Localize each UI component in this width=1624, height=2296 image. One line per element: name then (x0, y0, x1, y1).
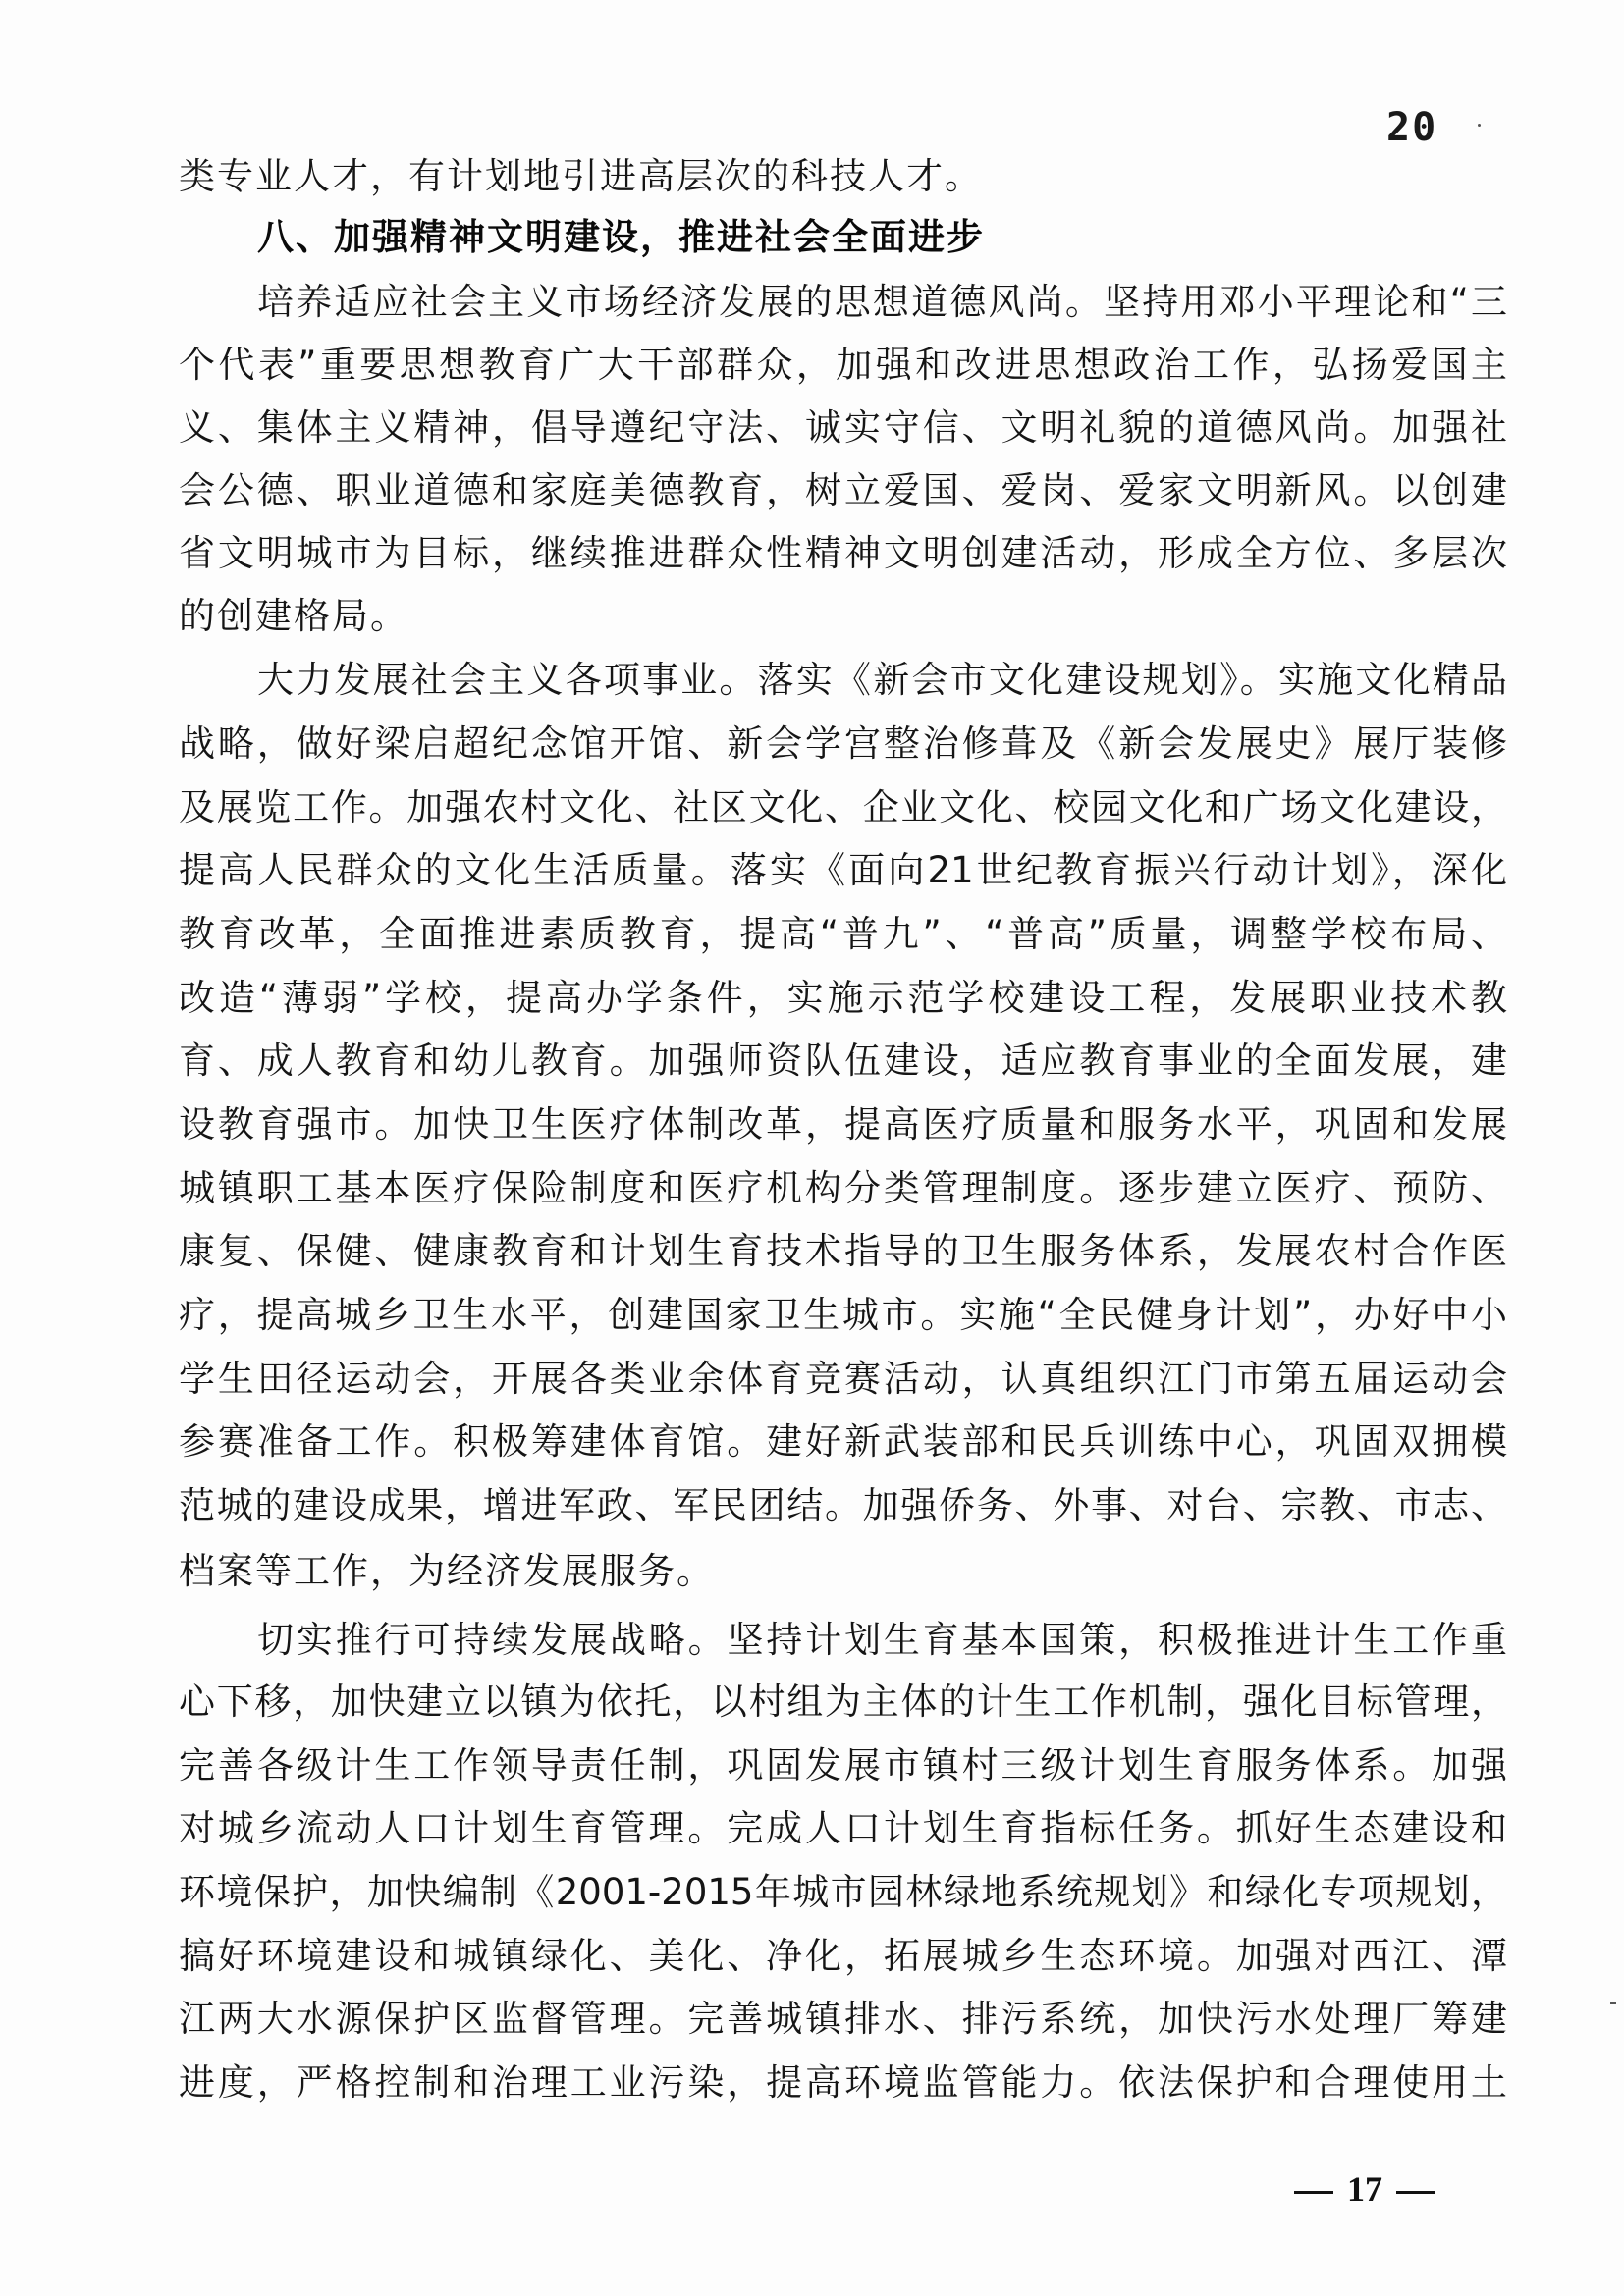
top-page-number: 20 (1386, 106, 1437, 149)
text-line: 教育改革，全面推进素质教育，提高“普九”、“普高”质量，调整学校布局、 (179, 912, 1507, 957)
text-line: 档案等工作，为经济发展服务。 (179, 1549, 715, 1594)
text-line: 环境保护，加快编制《2001-2015年城市园林绿地系统规划》和绿化专项规划， (179, 1870, 1507, 1915)
text-line: 大力发展社会主义各项事业。落实《新会市文化建设规划》。实施文化精品 (257, 658, 1507, 703)
text-line: 搞好环境建设和城镇绿化、美化、净化，拓展城乡生态环境。加强对西江、潭 (179, 1934, 1507, 1979)
text-line: 康复、保健、健康教育和计划生育技术指导的卫生服务体系，发展农村合作医 (179, 1229, 1507, 1274)
text-line: 进度，严格控制和治理工业污染，提高环境监管能力。依法保护和合理使用土 (179, 2060, 1507, 2106)
scan-speck (1478, 124, 1481, 127)
section-heading: 八、加强精神文明建设，推进社会全面进步 (257, 215, 985, 260)
text-line: 对城乡流动人口计划生育管理。完成人口计划生育指标任务。抓好生态建设和 (179, 1806, 1507, 1851)
document-page: 20 类专业人才，有计划地引进高层次的科技人才。 八、加强精神文明建设，推进社会… (0, 0, 1624, 2296)
text-line: 战略，做好梁启超纪念馆开馆、新会学宫整治修葺及《新会发展史》展厅装修 (179, 721, 1507, 767)
text-line: 设教育强市。加快卫生医疗体制改革，提高医疗质量和服务水平，巩固和发展 (179, 1102, 1507, 1148)
text-line: 个代表”重要思想教育广大干部群众，加强和改进思想政治工作，弘扬爱国主 (179, 343, 1507, 388)
text-line: 提高人民群众的文化生活质量。落实《面向21世纪教育振兴行动计划》，深化 (179, 848, 1507, 893)
text-line: 疗，提高城乡卫生水平，创建国家卫生城市。实施“全民健身计划”，办好中小 (179, 1293, 1507, 1338)
text-line: 培养适应社会主义市场经济发展的思想道德风尚。坚持用邓小平理论和“三 (257, 280, 1507, 325)
page-footer: 17 (1294, 2167, 1435, 2211)
text-line: 改造“薄弱”学校，提高办学条件，实施示范学校建设工程，发展职业技术教 (179, 976, 1507, 1021)
text-line: 参赛准备工作。积极筹建体育馆。建好新武装部和民兵训练中心，巩固双拥模 (179, 1419, 1507, 1465)
text-line: 江两大水源保护区监督管理。完善城镇排水、排污系统，加快污水处理厂筹建 (179, 1997, 1507, 2042)
text-line: 心下移，加快建立以镇为依托，以村组为主体的计生工作机制，强化目标管理， (179, 1680, 1507, 1725)
text-line: 及展览工作。加强农村文化、社区文化、企业文化、校园文化和广场文化建设， (179, 785, 1507, 830)
text-line: 学生田径运动会，开展各类业余体育竞赛活动，认真组织江门市第五届运动会 (179, 1357, 1507, 1402)
text-line: 义、集体主义精神，倡导遵纪守法、诚实守信、文明礼貌的道德风尚。加强社 (179, 405, 1507, 451)
footer-dash-right (1396, 2191, 1435, 2194)
text-line: 育、成人教育和幼儿教育。加强师资队伍建设，适应教育事业的全面发展，建 (179, 1039, 1507, 1084)
footer-dash-left (1294, 2191, 1333, 2194)
text-line: 的创建格局。 (179, 594, 408, 639)
text-line: 城镇职工基本医疗保险制度和医疗机构分类管理制度。逐步建立医疗、预防、 (179, 1166, 1507, 1211)
text-line: 会公德、职业道德和家庭美德教育，树立爱国、爱岗、爱家文明新风。以创建 (179, 468, 1507, 513)
text-line: 范城的建设成果，增进军政、军民团结。加强侨务、外事、对台、宗教、市志、 (179, 1483, 1507, 1528)
scan-speck (1610, 2002, 1616, 2004)
text-line: 完善各级计生工作领导责任制，巩固发展市镇村三级计划生育服务体系。加强 (179, 1743, 1507, 1789)
text-line: 省文明城市为目标，继续推进群众性精神文明创建活动，形成全方位、多层次 (179, 531, 1507, 576)
text-line: 类专业人才，有计划地引进高层次的科技人才。 (179, 154, 983, 199)
text-line: 切实推行可持续发展战略。坚持计划生育基本国策，积极推进计生工作重 (257, 1618, 1507, 1663)
page-number: 17 (1347, 2169, 1382, 2209)
